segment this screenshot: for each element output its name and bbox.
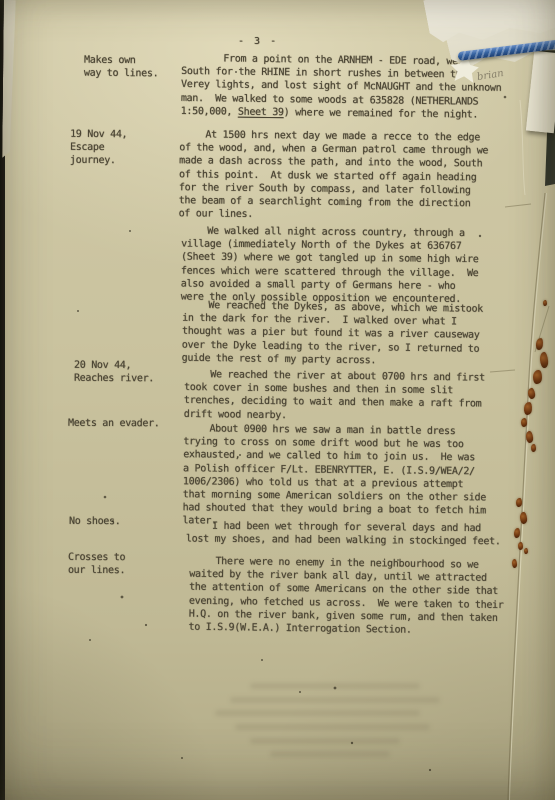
rust-stain xyxy=(521,418,527,427)
margin-note-meets-evader: Meets an evader. xyxy=(68,417,160,431)
paragraph-walked-all-night: We walked all night across country, thro… xyxy=(181,225,522,307)
paragraph-recce-to-edge: At 1500 hrs next day we made a recce to … xyxy=(179,128,520,224)
rust-stain xyxy=(531,444,536,452)
ink-bleed-through xyxy=(250,683,420,689)
ink-bleed-through xyxy=(270,751,390,757)
rust-stain xyxy=(512,559,518,568)
paragraph-crossed-river: There were no enemy in the neighbourhood… xyxy=(188,555,529,639)
paragraph-reached-dykes: We reached the Dykes, as above, which we… xyxy=(182,299,523,370)
paragraph-man-in-battledress: About 0900 hrs we saw a man in battle dr… xyxy=(182,422,523,531)
rust-stain xyxy=(525,431,533,444)
paragraph-reached-river: We reached the river at about 0700 hrs a… xyxy=(184,368,525,425)
page-number: - 3 - xyxy=(238,35,278,48)
margin-note-crosses-to-lines: Crosses to our lines. xyxy=(68,551,125,578)
rust-stain xyxy=(533,370,543,385)
rust-stain xyxy=(543,300,547,306)
rust-stain xyxy=(535,338,544,351)
paragraph-wet-through: I had been wet through for several days … xyxy=(186,520,526,549)
rust-stain xyxy=(527,388,535,400)
scanned-document-page: - 3 - Makes own way to lines. From a poi… xyxy=(0,0,555,800)
ink-bleed-through xyxy=(230,697,440,703)
rust-stain xyxy=(523,402,532,416)
rust-stain xyxy=(524,548,528,554)
underlying-page-sliver-left xyxy=(2,0,16,158)
rust-stain xyxy=(519,512,527,525)
ink-bleed-through xyxy=(235,724,430,730)
margin-note-no-shoes: No shoes. xyxy=(69,515,121,528)
margin-note-20-nov-44: 20 Nov 44, Reaches river. xyxy=(74,359,154,386)
ink-bleed-through xyxy=(250,738,400,744)
margin-note-19-nov-44: 19 Nov 44, Escape journey. xyxy=(70,128,127,168)
ink-bleed-through xyxy=(215,710,420,716)
rust-stain xyxy=(518,542,523,550)
margin-note-makes-own-way: Makes own way to lines. xyxy=(84,54,159,81)
underlying-page-corner xyxy=(526,51,555,133)
rust-stain xyxy=(539,352,548,369)
